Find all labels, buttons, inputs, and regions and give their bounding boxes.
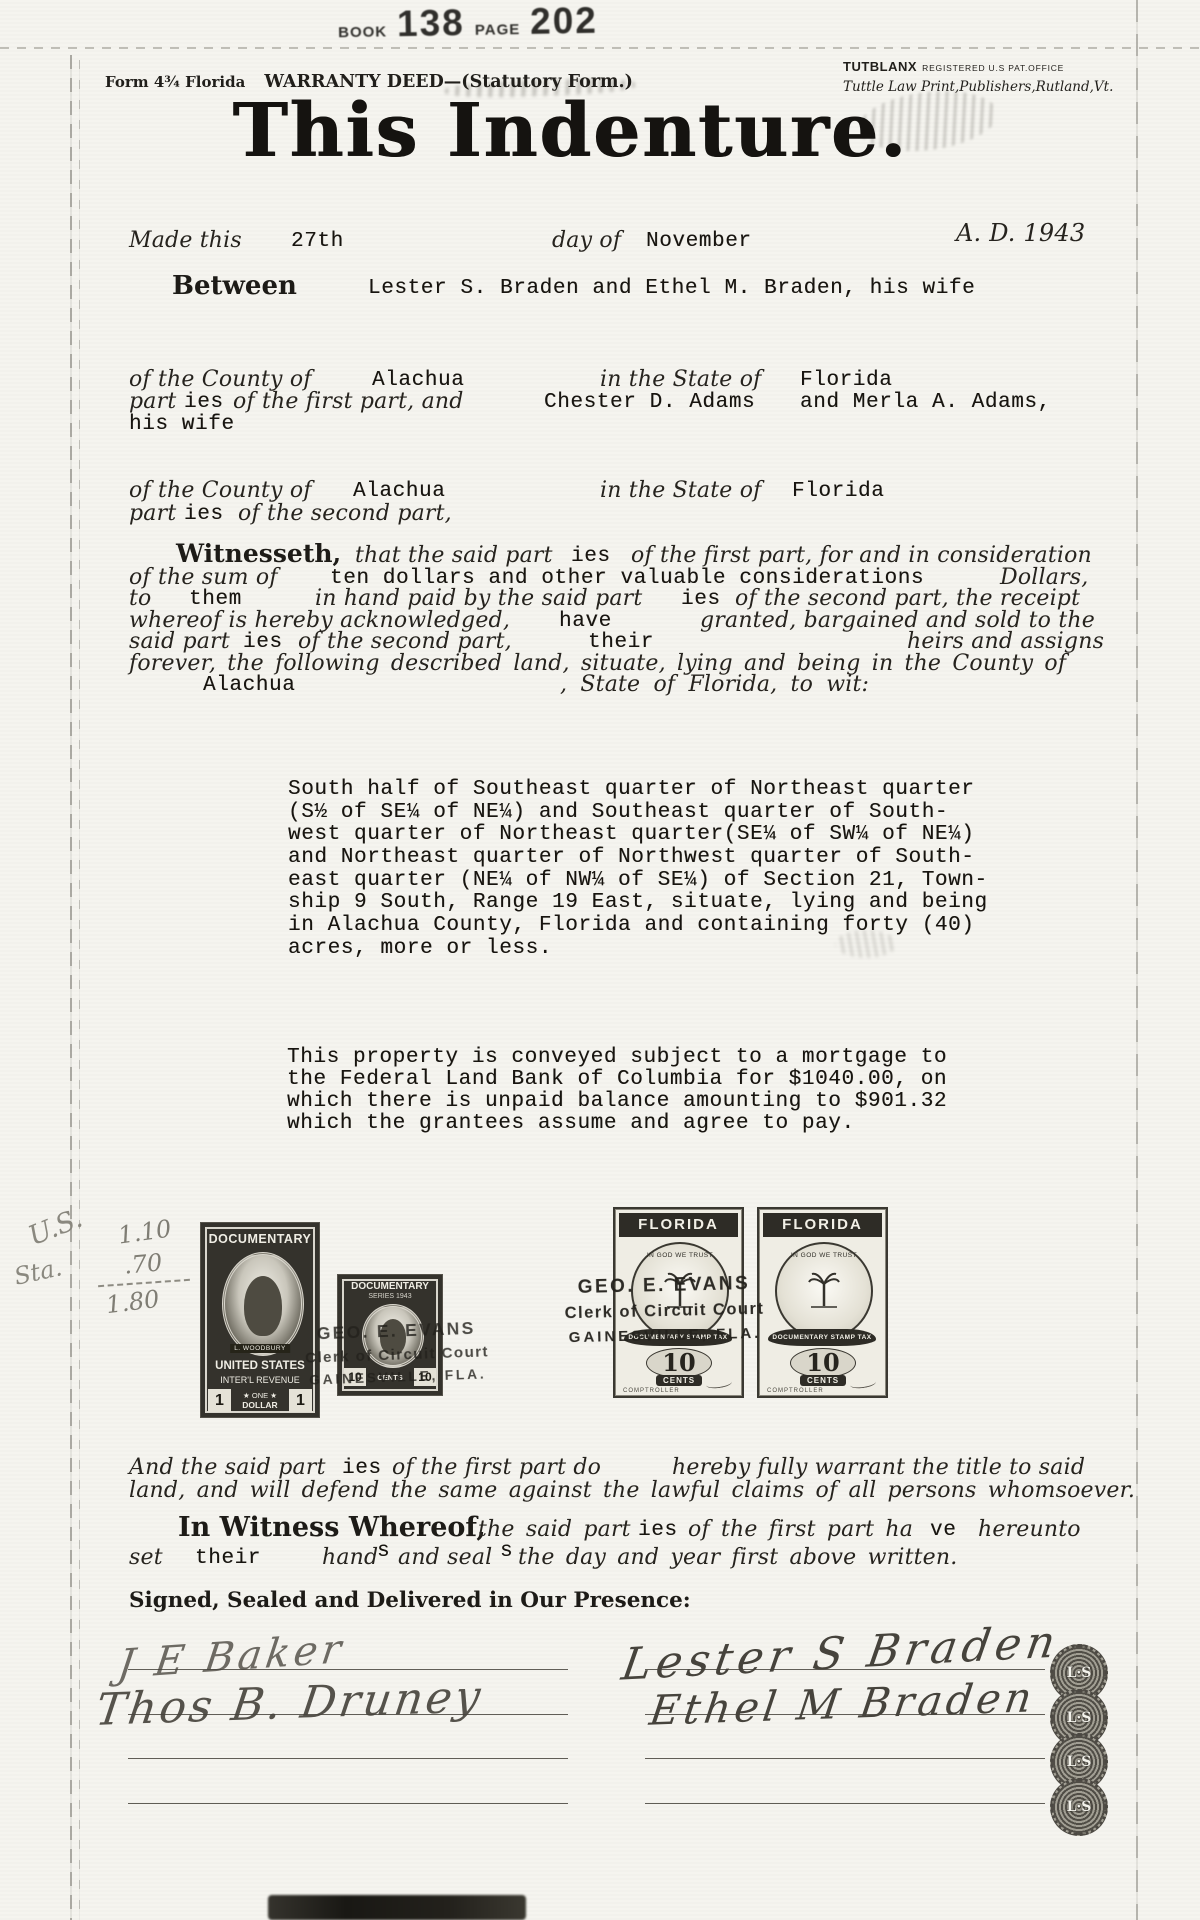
comptroller-label: COMPTROLLER [767, 1388, 824, 1394]
top-dashed-rule [0, 47, 1200, 49]
mortgage-clause: This property is conveyed subject to a m… [287, 1046, 947, 1134]
documentary-header: DOCUMENTARY [337, 1281, 443, 1292]
testimonium-f: hereunto [978, 1517, 1081, 1542]
p1-part-label: part [129, 389, 176, 414]
made-this-label: Made this [129, 228, 242, 253]
p1-wife-line: his wife [129, 413, 235, 436]
page-number: 202 [530, 0, 598, 43]
p2-county-value: Alachua [353, 480, 445, 503]
witnesseth-4b: have [559, 610, 612, 633]
witnesseth-7a: Alachua [203, 674, 295, 697]
cents-label: CENTS [656, 1375, 702, 1386]
p1-state-label: in the State of [600, 367, 762, 392]
warranty-a: And the said part [129, 1455, 326, 1480]
testimonium-g: set [129, 1545, 163, 1570]
grantor-signature-line [645, 1669, 1045, 1670]
margin-note-us: U.S. [24, 1203, 87, 1252]
printer-brand: TUTBLANX [843, 59, 917, 74]
book-number: 138 [397, 2, 465, 45]
p2-state-label: in the State of [600, 478, 762, 503]
grantor-signature-line [645, 1714, 1045, 1715]
testimonium-their-typed: their [195, 1547, 261, 1570]
p2-state-value: Florida [792, 480, 884, 503]
p1-ies-typed: ies [184, 391, 224, 414]
printer-registration: REGISTERED U.S PAT.OFFICE [922, 63, 1064, 73]
clerk-rubber-stamp-left: GEO. E. EVANS Clerk of Circuit Court GAI… [244, 1314, 550, 1394]
denom-numeral: 10 [790, 1348, 856, 1378]
mortgage-line: the Federal Land Bank of Columbia for $1… [287, 1068, 947, 1090]
in-witness-whereof-label: In Witness Whereof, [178, 1512, 486, 1543]
scanned-deed-page: BOOK 138 PAGE 202 Form 4¾ Florida WARRAN… [0, 0, 1200, 1920]
mortgage-line: which the grantees assume and agree to p… [287, 1112, 947, 1134]
mortgage-line: This property is conveyed subject to a m… [287, 1046, 947, 1068]
comptroller-signature-squiggle [850, 1377, 877, 1390]
warranty-e: land, and will defend the same against t… [129, 1478, 1135, 1503]
margin-amount-3: 1.80 [104, 1285, 160, 1319]
denom-numeral: 1 [208, 1389, 231, 1412]
testimonium-seal: and seal [398, 1545, 492, 1570]
p1-grantee2: and Merla A. Adams, [800, 391, 1051, 414]
bottom-ink-smudge [268, 1895, 526, 1920]
grantor-signature-line [645, 1803, 1045, 1804]
witnesseth-label: Witnesseth, [176, 539, 341, 568]
legal-line: in Alachua County, Florida and containin… [288, 914, 988, 937]
ls-seal-text: L·S [1067, 1665, 1092, 1681]
warranty-ies-typed: ies [342, 1457, 382, 1480]
witness-signature-line [128, 1714, 568, 1715]
legal-line: and Northeast quarter of Northwest quart… [288, 846, 988, 869]
comptroller-label: COMPTROLLER [623, 1388, 680, 1394]
ls-seal: L·S [1050, 1778, 1108, 1836]
warranty-c: of the first part do [392, 1455, 601, 1480]
documentary-header: DOCUMENTARY [200, 1232, 320, 1246]
witness-signature-line [128, 1803, 568, 1804]
legal-line: ship 9 South, Range 19 East, situate, ly… [288, 891, 988, 914]
p2-county-label: of the County of [129, 478, 312, 503]
legal-line: west quarter of Northeast quarter(SE¼ of… [288, 823, 988, 846]
document-title: This Indenture. [0, 88, 1140, 174]
motto-text: IN GOD WE TRUST [633, 1252, 727, 1259]
legal-description: South half of Southeast quarter of North… [288, 778, 988, 960]
p2-part-rest: of the second part, [238, 501, 452, 526]
margin-note-sta: Sta. [12, 1253, 65, 1290]
testimonium-m: the day and year first above written. [518, 1545, 957, 1570]
day-value: 27th [291, 230, 344, 253]
grantor-signature-line [645, 1758, 1045, 1759]
motto-text: IN GOD WE TRUST [777, 1252, 871, 1259]
testimonium-s2-typed: s [500, 1540, 513, 1563]
p1-state-value: Florida [800, 369, 892, 392]
testimonium-s1-typed: s [377, 1540, 390, 1563]
ls-seal-text: L·S [1067, 1710, 1092, 1726]
book-page-stamp: BOOK 138 PAGE 202 [338, 0, 599, 46]
legal-line: acres, more or less. [288, 937, 988, 960]
witness-signature-line [128, 1758, 568, 1759]
between-label: Between [172, 271, 297, 301]
right-margin-rule [1136, 0, 1138, 1920]
margin-amount-2: .70 [123, 1248, 163, 1279]
witnesseth-1c: ies [571, 545, 611, 568]
denom-word-dollar: DOLLAR [242, 1400, 277, 1410]
series-label: SERIES 1943 [337, 1293, 443, 1300]
grantor-names: Lester S. Braden and Ethel M. Braden, hi… [368, 277, 975, 300]
comptroller-signature-squiggle [706, 1377, 733, 1390]
margin-amount-1: 1.10 [116, 1214, 173, 1249]
day-of-label: day of [552, 228, 621, 253]
florida-banner: FLORIDA [763, 1213, 882, 1237]
p1-grantee1: Chester D. Adams [544, 391, 755, 414]
witnesseth-1b: that the said part [355, 543, 553, 568]
warranty-d: hereby fully warrant the title to said [672, 1455, 1085, 1480]
cents-label: CENTS [800, 1375, 846, 1386]
month-value: November [646, 230, 752, 253]
testimonium-d: of the first part ha [688, 1517, 913, 1542]
legal-line: South half of Southeast quarter of North… [288, 778, 988, 801]
legal-line: east quarter (NE¼ of NW¼ of SE¼) of Sect… [288, 869, 988, 892]
p2-part-label: part [129, 501, 176, 526]
year-value: A. D. 1943 [956, 219, 1085, 247]
page-label: PAGE [475, 21, 521, 39]
p2-ies-typed: ies [184, 503, 224, 526]
denom-numeral: 10 [646, 1348, 712, 1378]
testimonium-ies-typed: ies [638, 1519, 678, 1542]
mortgage-line: which there is unpaid balance amounting … [287, 1090, 947, 1112]
left-margin-rule-2 [79, 60, 80, 1920]
witness-signature-line [128, 1669, 568, 1670]
florida-banner: FLORIDA [619, 1213, 738, 1237]
presence-label: Signed, Sealed and Delivered in Our Pres… [129, 1588, 691, 1613]
book-label: BOOK [338, 23, 387, 41]
ls-seal-text: L·S [1067, 1799, 1092, 1815]
testimonium-b: the said part [478, 1517, 631, 1542]
p1-part-rest: of the first part, and [233, 389, 464, 414]
witnesseth-7b: , State of Florida, to wit: [560, 672, 869, 697]
legal-line: (S½ of SE¼ of NE¼) and Southeast quarter… [288, 801, 988, 824]
left-margin-rule-1 [70, 55, 72, 1920]
testimonium-hand: hand [322, 1545, 378, 1570]
ls-seal-text: L·S [1067, 1754, 1092, 1770]
testimonium-ve-typed: ve [930, 1519, 956, 1542]
